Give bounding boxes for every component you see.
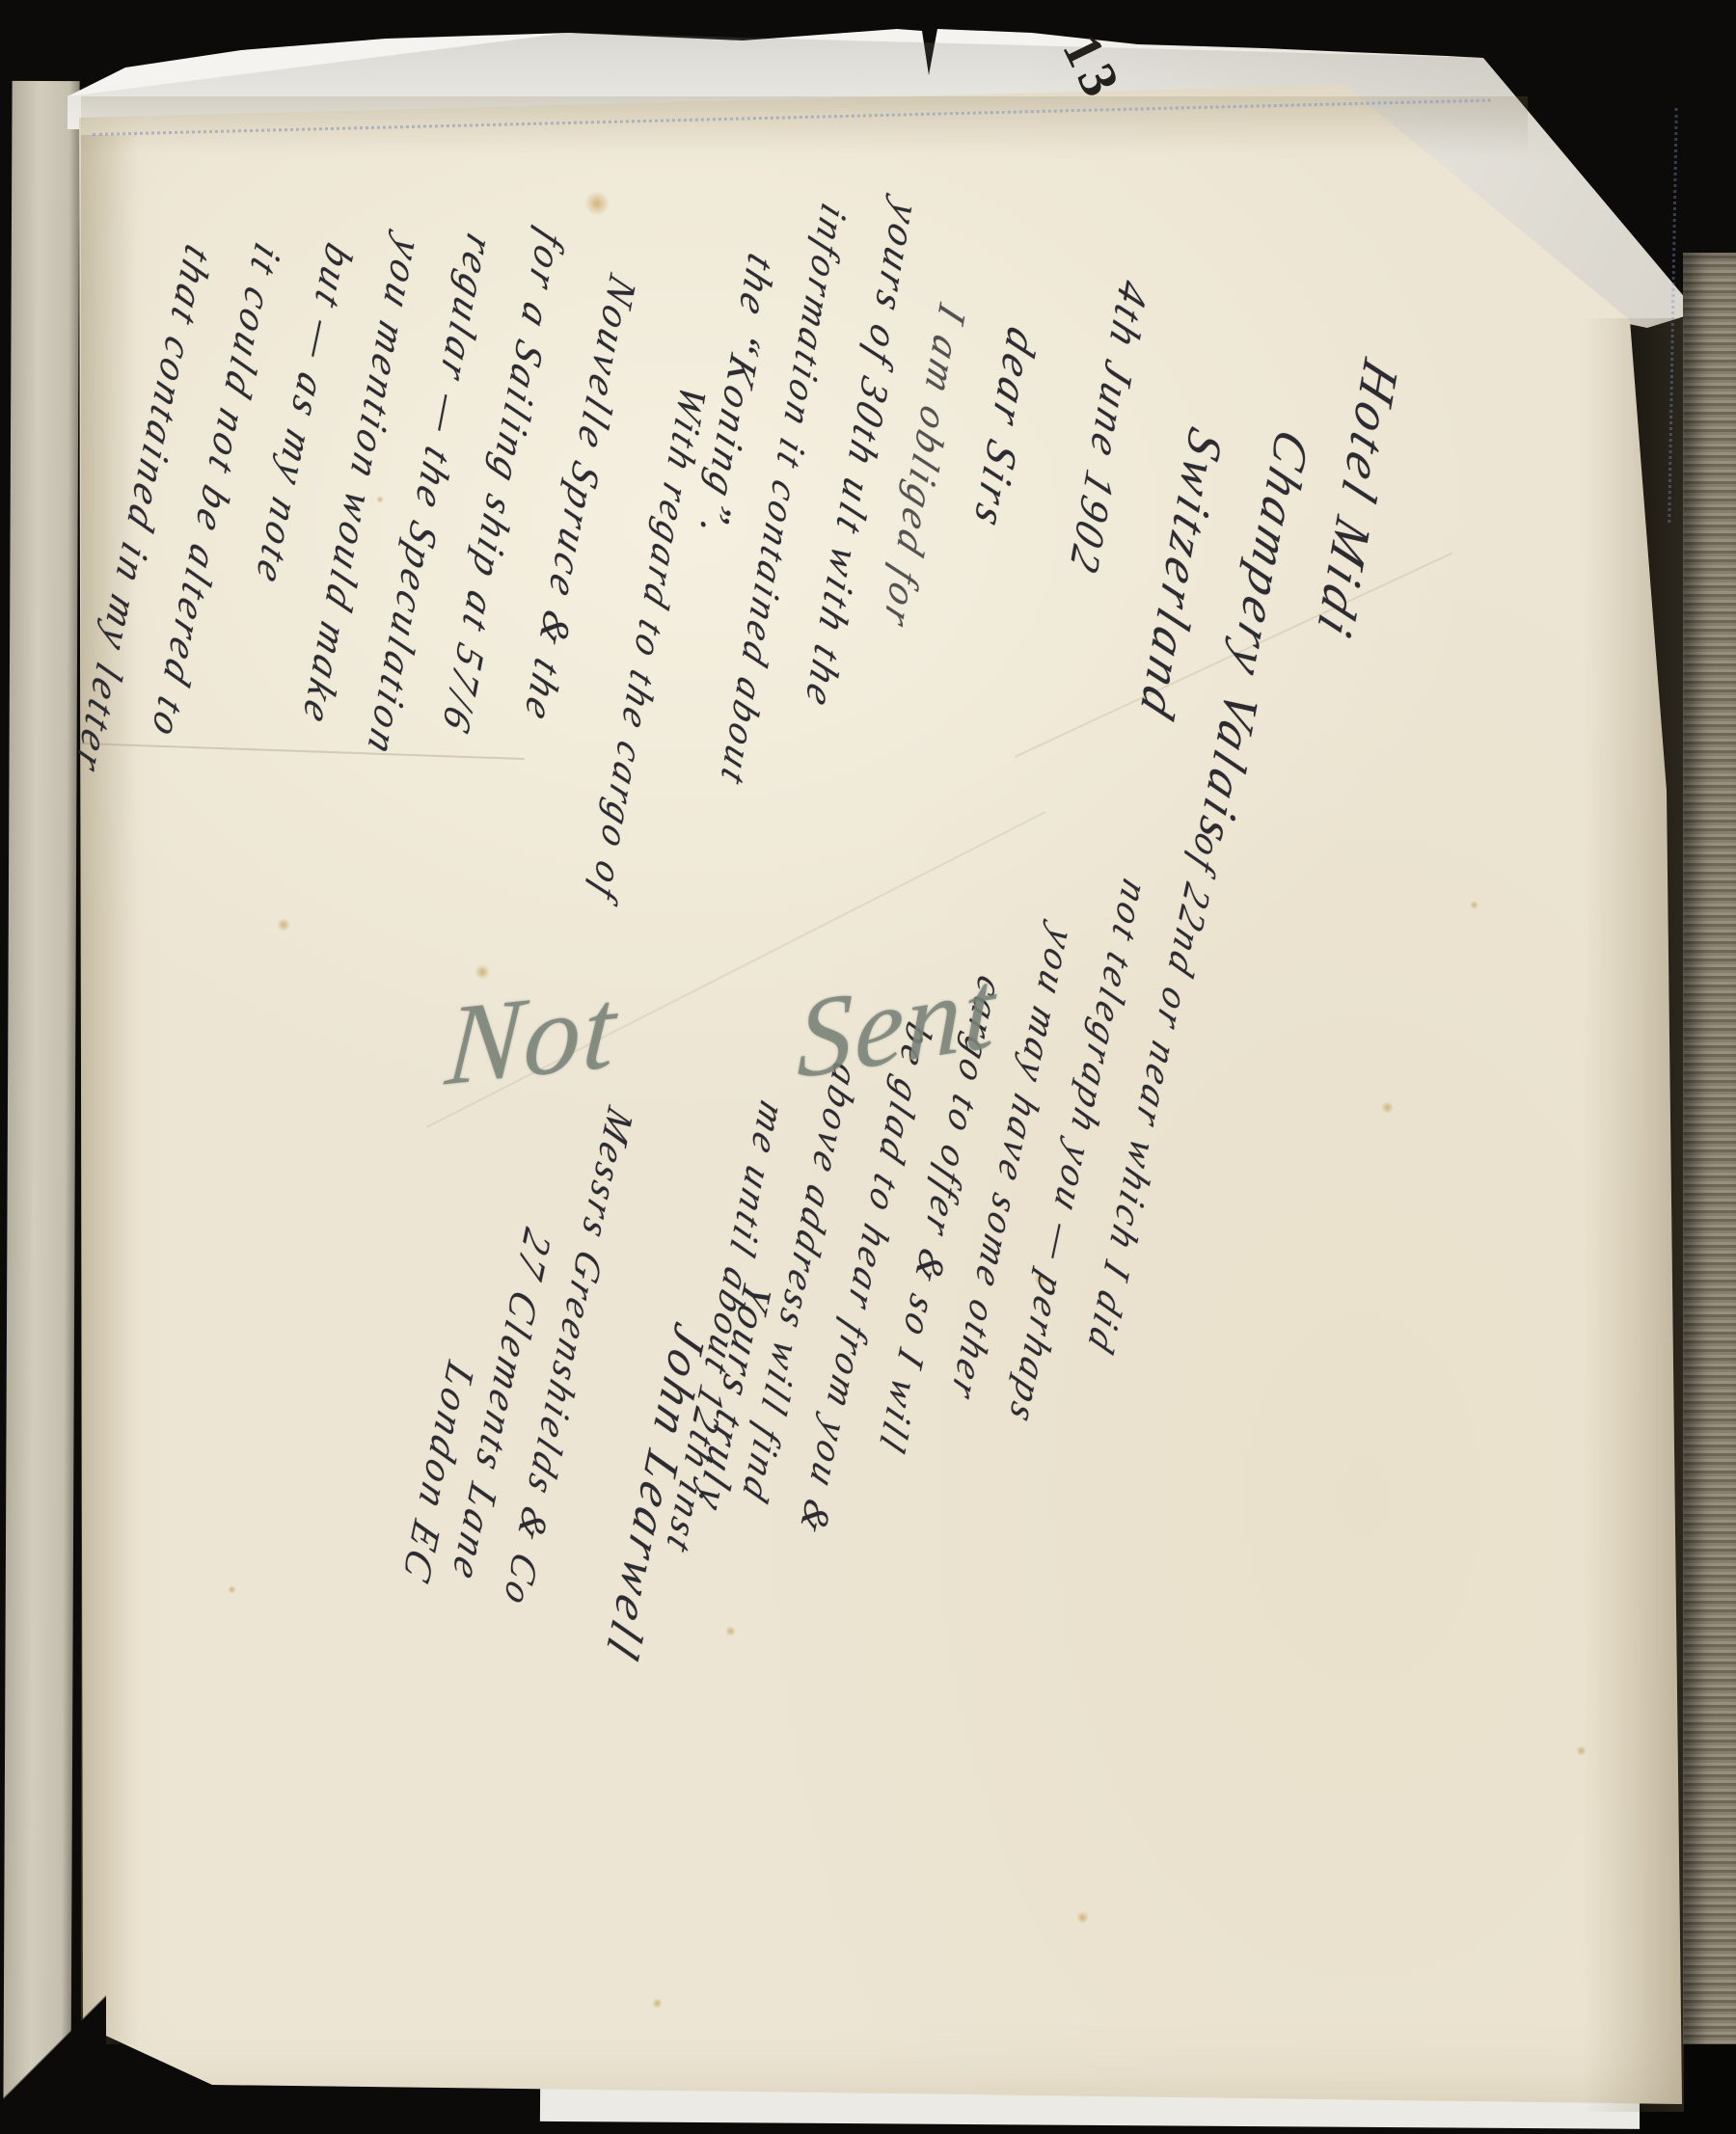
- book-fore-edge: [1683, 253, 1736, 2134]
- page-corner-shadow: [0, 1986, 106, 2134]
- scanned-album-page: 13 Hotel MidiChampery ValaisSwitzerland4…: [0, 0, 1736, 2134]
- pencil-annotation-word: Not: [442, 961, 621, 1112]
- previous-page-edge: [3, 81, 79, 2121]
